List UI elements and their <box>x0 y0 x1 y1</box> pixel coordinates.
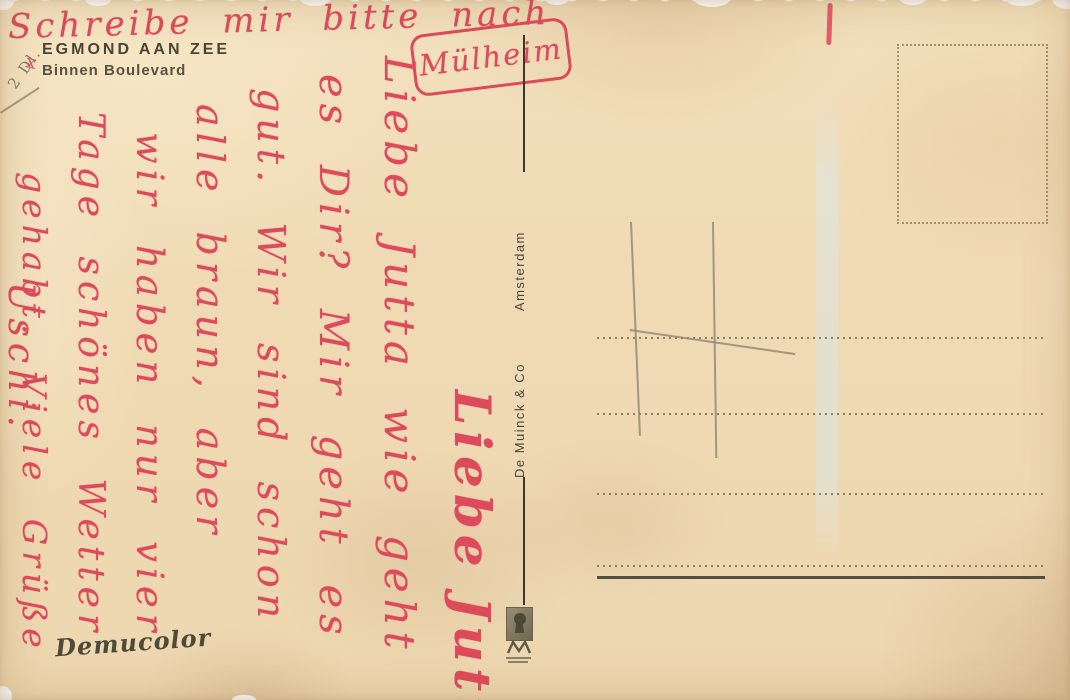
address-line <box>597 565 1044 567</box>
logo-caption-line <box>506 657 531 659</box>
deckle-edge-left <box>0 0 7 700</box>
message-column: gut. Wir sind schon <box>240 88 302 700</box>
message-column: es Dir? Mir geht es <box>300 74 366 700</box>
message-column: wir haben nur vier <box>120 132 178 697</box>
message-column: Tage schönes Wetter <box>62 112 118 700</box>
address-baseline <box>597 576 1045 579</box>
edge-nick <box>232 695 256 700</box>
publisher-city: Amsterdam <box>512 231 527 311</box>
boxed-destination-label: Mülheim <box>417 31 564 82</box>
address-line <box>597 337 1044 339</box>
paper-light-streak <box>816 95 838 560</box>
divider-top-segment <box>523 35 525 172</box>
head-profile-icon <box>510 611 529 637</box>
location-title: EGMOND AAN ZEE <box>42 41 230 59</box>
message-column: Liebe Jutta wie geht <box>363 56 435 700</box>
postcard-back: Liebe Jutta wie geht es Dir? Mir geht es… <box>0 0 1070 700</box>
handwriting-greeting: Liebe Jutta! <box>438 390 506 700</box>
m-monogram-icon <box>506 640 532 654</box>
publisher-imprint: De Muinck & Co Amsterdam <box>508 164 530 478</box>
pencil-scribble-vertical <box>712 222 717 458</box>
printer-logo <box>506 607 533 641</box>
message-column: alle braun, aber <box>180 104 240 664</box>
address-line <box>597 413 1044 415</box>
divider-bottom-segment <box>523 477 525 605</box>
publisher-name: De Muinck & Co <box>512 363 527 478</box>
address-line <box>597 493 1044 495</box>
pencil-scribble-diagonal <box>630 329 796 355</box>
logo-caption-line <box>508 661 528 663</box>
stamp-box <box>897 44 1048 224</box>
location-subtitle: Binnen Boulevard <box>42 62 186 79</box>
